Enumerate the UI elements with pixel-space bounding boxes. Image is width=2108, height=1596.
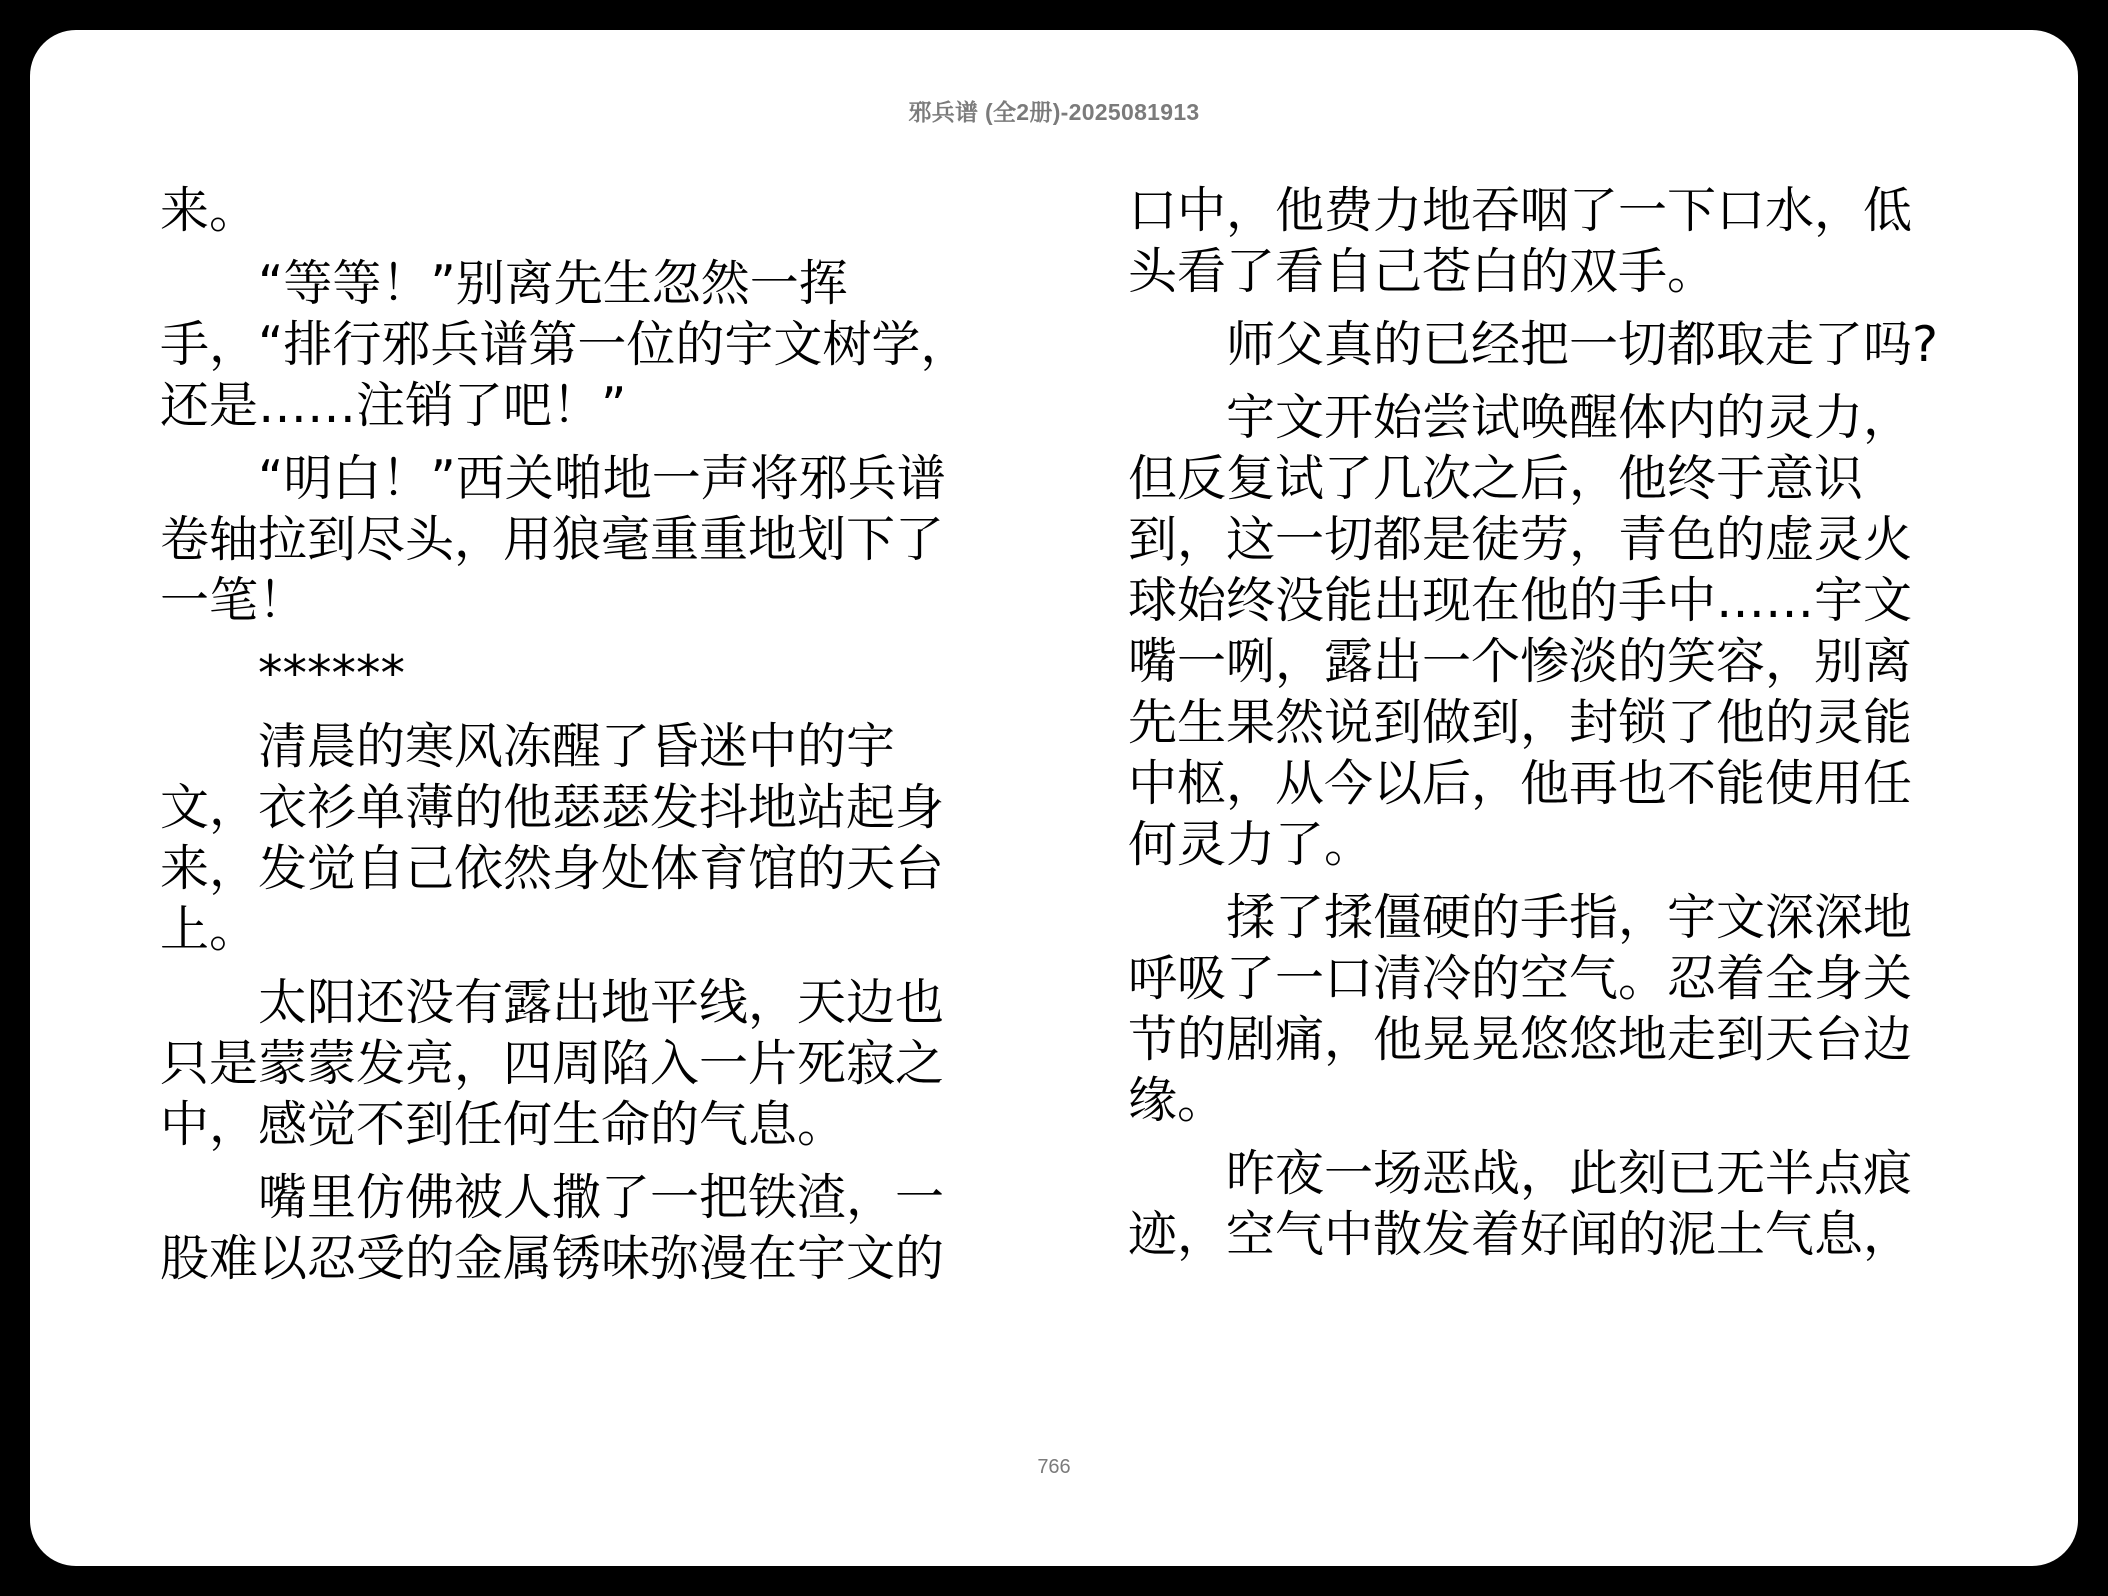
paragraph: 揉了揉僵硬的手指，宇文深深地呼吸了一口清冷的空气。忍着全身关节的剧痛，他晃晃悠悠…: [1128, 887, 1938, 1131]
paragraph: 宇文开始尝试唤醒体内的灵力，但反复试了几次之后，他终于意识到，这一切都是徒劳，青…: [1128, 387, 1938, 875]
paragraph: 师父真的已经把一切都取走了吗?: [1128, 314, 1938, 375]
paragraph: 昨夜一场恶战，此刻已无半点痕迹，空气中散发着好闻的泥土气息，: [1128, 1143, 1938, 1265]
left-column: 来。 “等等！”别离先生忽然一挥手，“排行邪兵谱第一位的宇文树学，还是……注销了…: [160, 180, 970, 1301]
right-column: 口中，他费力地吞咽了一下口水，低头看了看自己苍白的双手。 师父真的已经把一切都取…: [1128, 180, 1938, 1277]
paragraph: 太阳还没有露出地平线，天边也只是蒙蒙发亮，四周陷入一片死寂之中，感觉不到任何生命…: [160, 972, 970, 1155]
paragraph: 清晨的寒风冻醒了昏迷中的宇文，衣衫单薄的他瑟瑟发抖地站起身来，发觉自己依然身处体…: [160, 716, 970, 960]
book-title: 邪兵谱 (全2册)-2025081913: [30, 94, 2078, 127]
reader-page[interactable]: 邪兵谱 (全2册)-2025081913 来。 “等等！”别离先生忽然一挥手，“…: [30, 30, 2078, 1566]
paragraph: 来。: [160, 180, 970, 241]
section-separator: ******: [160, 643, 970, 704]
paragraph: 口中，他费力地吞咽了一下口水，低头看了看自己苍白的双手。: [1128, 180, 1938, 302]
page-number: 766: [30, 1456, 2078, 1479]
paragraph: 嘴里仿佛被人撒了一把铁渣，一股难以忍受的金属锈味弥漫在宇文的: [160, 1167, 970, 1289]
paragraph: “等等！”别离先生忽然一挥手，“排行邪兵谱第一位的宇文树学，还是……注销了吧！”: [160, 253, 970, 436]
paragraph: “明白！”西关啪地一声将邪兵谱卷轴拉到尽头，用狼毫重重地划下了一笔！: [160, 448, 970, 631]
